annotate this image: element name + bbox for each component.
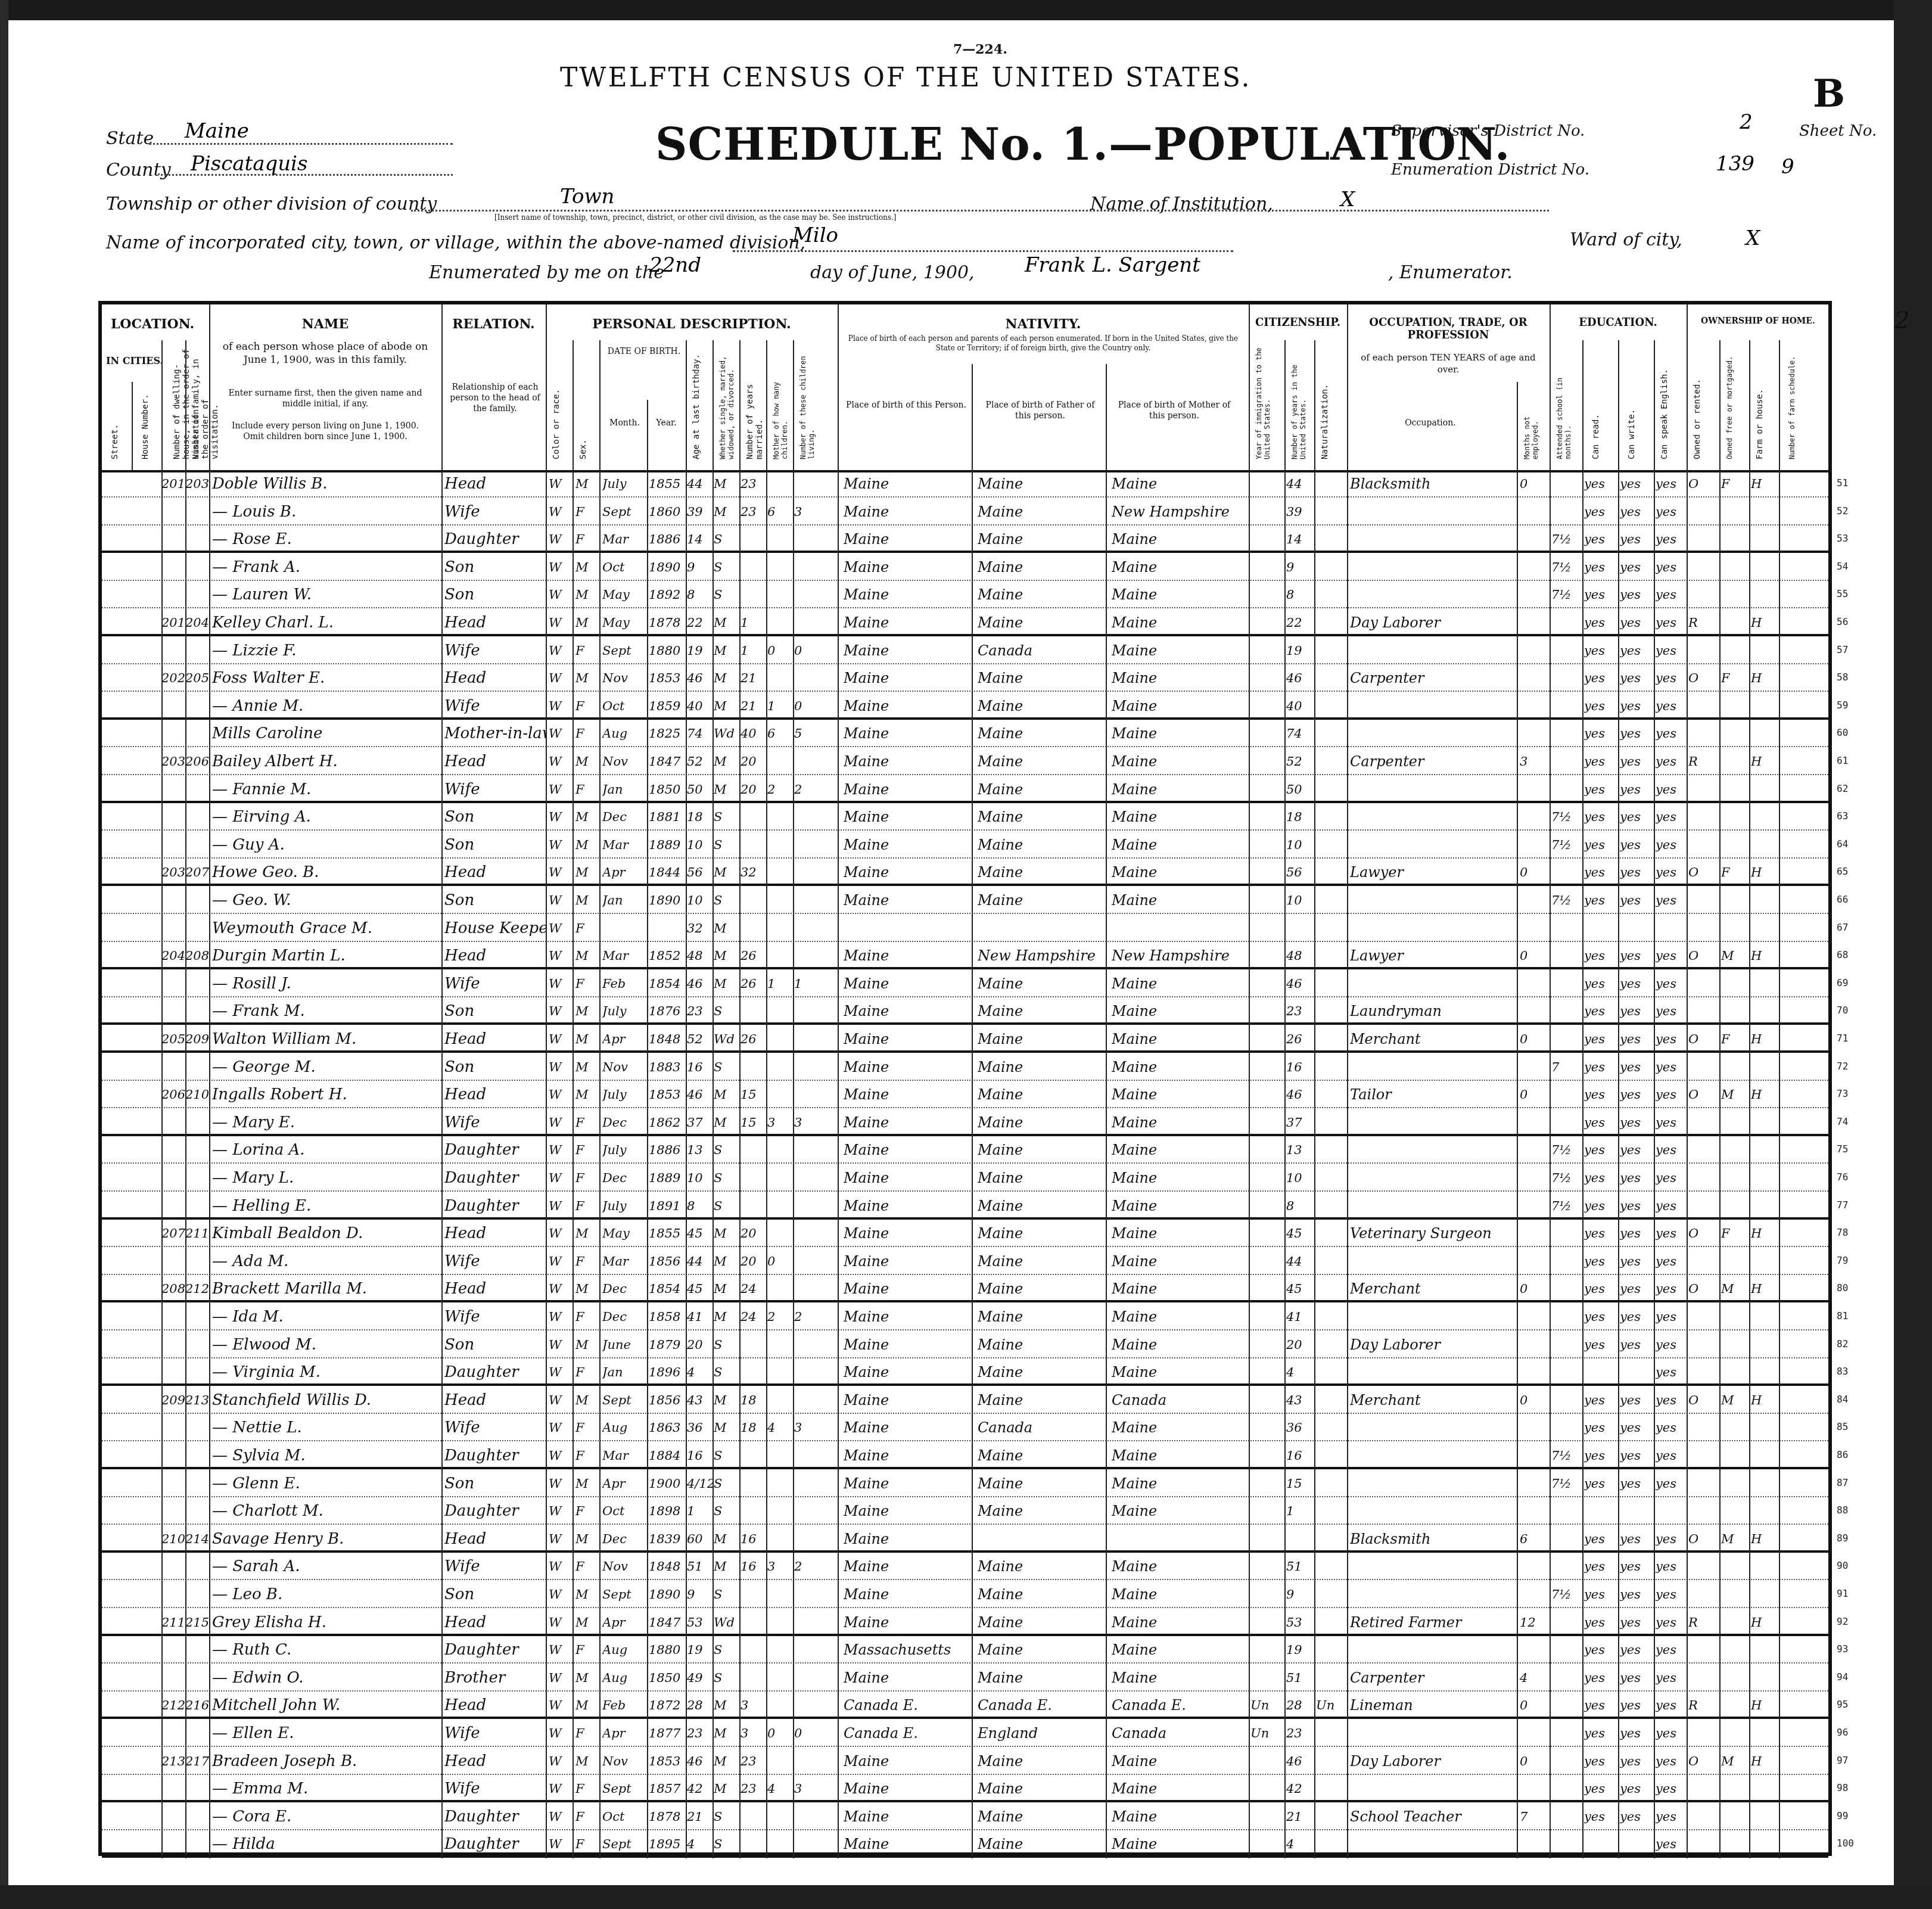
cell-owned: O [1688, 1082, 1718, 1107]
cell-yrs-us: 8 [1286, 1193, 1313, 1218]
cell-pob: Canada E. [844, 1693, 972, 1718]
line-number: 63 [1837, 810, 1848, 822]
county-label: County [106, 160, 171, 181]
cell-owned [1688, 832, 1718, 857]
cell-name: Foss Walter E. [212, 666, 441, 691]
cell-month: July [602, 1137, 647, 1162]
cell-owned: O [1688, 471, 1718, 496]
cell-free: M [1721, 1082, 1748, 1107]
cell-living: 2 [794, 1304, 820, 1329]
cell-naturalization [1316, 499, 1346, 524]
cell-yrs-us: 23 [1286, 999, 1313, 1024]
cell-relation: Son [444, 1471, 546, 1496]
cell-immigration [1250, 1415, 1283, 1440]
cell-month: July [602, 999, 647, 1024]
cell-farm: H [1751, 1221, 1778, 1246]
cell-pob-mother: Maine [1112, 582, 1246, 607]
cell-marital: S [714, 582, 739, 607]
cell-pob-mother: Maine [1112, 749, 1246, 774]
cell-unemployed [1520, 1193, 1548, 1218]
cell-yrs-married: 23 [741, 471, 766, 496]
cell-pob-mother: Maine [1112, 1165, 1246, 1190]
line-number: 81 [1837, 1310, 1848, 1322]
cell-living [794, 1082, 820, 1107]
cell-mother-of [767, 749, 793, 774]
occupation-sub-header: Occupation. [1353, 418, 1508, 428]
cell-english [1656, 1498, 1685, 1524]
cell-sex: M [575, 610, 599, 635]
cell-pob-mother: New Hampshire [1112, 943, 1246, 968]
cell-write: yes [1620, 1637, 1653, 1662]
cell-mother-of [767, 527, 793, 552]
line-number: 99 [1837, 1810, 1848, 1821]
cell-write: yes [1620, 1443, 1653, 1468]
cell-family: 207 [185, 860, 209, 885]
cell-family [185, 1443, 209, 1468]
cell-age: 28 [687, 1693, 713, 1718]
cell-farm [1751, 638, 1778, 663]
months-not-employed-header: Months not employed. [1523, 388, 1539, 459]
cell-yrs-us: 4 [1286, 1832, 1313, 1857]
cell-unemployed [1520, 1055, 1548, 1080]
cell-read: yes [1584, 804, 1617, 829]
cell-farm [1751, 971, 1778, 996]
cell-dwelling [161, 527, 185, 552]
cell-name: Bailey Albert H. [212, 749, 441, 774]
cell-living: 1 [794, 971, 820, 996]
cell-mother-of [767, 1526, 793, 1552]
cell-dwelling: 203 [161, 860, 185, 885]
cell-immigration [1250, 1332, 1283, 1357]
sheet-letter: B [1813, 71, 1845, 116]
cell-unemployed: 0 [1520, 1082, 1548, 1107]
cell-dwelling: 213 [161, 1749, 185, 1774]
cell-naturalization [1316, 1471, 1346, 1496]
cell-mother-of [767, 1332, 793, 1357]
cell-dwelling [161, 1498, 185, 1524]
cell-name: — Guy A. [212, 832, 441, 857]
line-number: 96 [1837, 1727, 1848, 1738]
cell-immigration [1250, 1637, 1283, 1662]
cell-naturalization [1316, 860, 1346, 885]
cell-sex: M [575, 1471, 599, 1496]
cell-sex: M [575, 1332, 599, 1357]
cell-dwelling [161, 582, 185, 607]
cell-school [1551, 1804, 1581, 1829]
cell-school: 7½ [1551, 804, 1581, 829]
cell-school [1551, 1665, 1581, 1690]
cell-farm [1751, 1776, 1778, 1801]
cell-unemployed [1520, 527, 1548, 552]
cell-english: yes [1656, 1027, 1685, 1052]
cell-farm: H [1751, 1027, 1778, 1052]
cell-unemployed: 0 [1520, 1693, 1548, 1718]
scan-border-bottom [0, 1885, 1932, 1909]
cell-yrs-us: 19 [1286, 638, 1313, 663]
cell-owned [1688, 1110, 1718, 1135]
line-number: 56 [1837, 616, 1848, 627]
cell-sex: M [575, 860, 599, 885]
cell-yrs-married [741, 1637, 766, 1662]
in-cities-header: IN CITIES. [102, 355, 167, 366]
table-row: 78207211Kimball Bealdon D.HeadWMMay18554… [102, 1220, 1828, 1247]
cell-mother-of: 0 [767, 1721, 793, 1746]
cell-pob: Maine [844, 1388, 972, 1413]
line-number: 84 [1837, 1394, 1848, 1405]
cell-read: yes [1584, 1693, 1617, 1718]
cell-pob: Maine [844, 1776, 972, 1801]
cell-marital: S [714, 1804, 739, 1829]
cell-occupation [1350, 499, 1517, 524]
cell-write [1620, 916, 1653, 941]
cell-pob-mother: Maine [1112, 1554, 1246, 1579]
cell-farm [1751, 499, 1778, 524]
cell-living [794, 1610, 820, 1635]
cell-read: yes [1584, 1776, 1617, 1801]
cell-age: 49 [687, 1665, 713, 1690]
cell-month: Aug [602, 1415, 647, 1440]
cell-naturalization [1316, 777, 1346, 802]
table-row: 85— Nettie L.WifeWFAug186336M1843MaineCa… [102, 1414, 1828, 1441]
cell-farm [1751, 582, 1778, 607]
cell-school [1551, 1693, 1581, 1718]
cell-owned: O [1688, 666, 1718, 691]
cell-immigration [1250, 971, 1283, 996]
cell-yrs-married [741, 1665, 766, 1690]
cell-english: yes [1656, 1165, 1685, 1190]
cell-color: W [549, 888, 573, 913]
cell-pob-father: Maine [978, 721, 1106, 746]
cell-unemployed [1520, 582, 1548, 607]
cell-naturalization [1316, 1249, 1346, 1274]
cell-farm [1751, 1554, 1778, 1579]
cell-marital: S [714, 888, 739, 913]
cell-dwelling: 206 [161, 1082, 185, 1107]
cell-mother-of [767, 1582, 793, 1607]
cell-month: Sept [602, 638, 647, 663]
cell-write: yes [1620, 1415, 1653, 1440]
cell-occupation: Carpenter [1350, 749, 1517, 774]
cell-yrs-us: 43 [1286, 1388, 1313, 1413]
county-value: Piscataquis [191, 152, 307, 176]
township-label: Township or other division of county [106, 194, 437, 214]
cell-read [1584, 1360, 1617, 1385]
cell-write: yes [1620, 1137, 1653, 1162]
cell-pob-mother: Maine [1112, 638, 1246, 663]
cell-yrs-us: 23 [1286, 1721, 1313, 1746]
cell-relation: Son [444, 1332, 546, 1357]
scan-border-left [0, 0, 8, 1909]
cell-english: yes [1656, 610, 1685, 635]
cell-pob: Maine [844, 999, 972, 1024]
cell-year: 1883 [649, 1055, 686, 1080]
cell-naturalization [1316, 1582, 1346, 1607]
cell-name: — Lauren W. [212, 582, 441, 607]
line-number: 51 [1837, 477, 1848, 489]
cell-write: yes [1620, 804, 1653, 829]
cell-living: 3 [794, 1415, 820, 1440]
table-row: 59— Annie M.WifeWFOct185940M2110MaineMai… [102, 692, 1828, 720]
cell-immigration [1250, 804, 1283, 829]
name-header: NAME [209, 316, 441, 332]
cell-farm [1751, 1443, 1778, 1468]
cell-occupation [1350, 1110, 1517, 1135]
cell-age: 45 [687, 1221, 713, 1246]
cell-naturalization [1316, 971, 1346, 996]
house-number-header: House Number. [141, 394, 150, 459]
cell-year: 1853 [649, 666, 686, 691]
line-number: 79 [1837, 1255, 1848, 1266]
cell-read: yes [1584, 1554, 1617, 1579]
cell-relation: Wife [444, 499, 546, 524]
cell-owned: O [1688, 1526, 1718, 1552]
cell-month: Oct [602, 1804, 647, 1829]
cell-school: 7 [1551, 1055, 1581, 1080]
cell-relation: Head [444, 1221, 546, 1246]
cell-marital: M [714, 860, 739, 885]
cell-sex: M [575, 1082, 599, 1107]
nativity-desc: Place of birth of each person and parent… [847, 334, 1240, 353]
cell-pob-father: Maine [978, 1443, 1106, 1468]
cell-name: — Fannie M. [212, 777, 441, 802]
cell-pob-father: Maine [978, 1110, 1106, 1135]
cell-write: yes [1620, 832, 1653, 857]
cell-sex: F [575, 721, 599, 746]
cell-naturalization [1316, 1443, 1346, 1468]
cell-occupation: Veterinary Surgeon [1350, 1221, 1517, 1246]
cell-immigration [1250, 1582, 1283, 1607]
cell-family: 217 [185, 1749, 209, 1774]
cell-write: yes [1620, 610, 1653, 635]
cell-mother-of: 0 [767, 1249, 793, 1274]
cell-sex: F [575, 1415, 599, 1440]
cell-dwelling [161, 1776, 185, 1801]
cell-write: yes [1620, 1693, 1653, 1718]
cell-pob-father: Maine [978, 1498, 1106, 1524]
cell-sex: M [575, 1582, 599, 1607]
cell-pob-father: Maine [978, 1388, 1106, 1413]
cell-english: yes [1656, 1776, 1685, 1801]
cell-marital: S [714, 1165, 739, 1190]
cell-pob-mother: Canada E. [1112, 1693, 1246, 1718]
cell-school: 7½ [1551, 555, 1581, 580]
naturalization-header: Naturalization. [1320, 346, 1330, 459]
cell-family [185, 638, 209, 663]
cell-year: 1858 [649, 1304, 686, 1329]
cell-month: Sept [602, 499, 647, 524]
cell-year: 1890 [649, 555, 686, 580]
cell-color: W [549, 1304, 573, 1329]
cell-age: 53 [687, 1610, 713, 1635]
cell-yrs-married: 24 [741, 1276, 766, 1301]
cell-month: Mar [602, 527, 647, 552]
cell-owned [1688, 999, 1718, 1024]
cell-color: W [549, 638, 573, 663]
cell-age: 21 [687, 1804, 713, 1829]
cell-month: Jan [602, 888, 647, 913]
cell-family [185, 1665, 209, 1690]
cell-write: yes [1620, 1804, 1653, 1829]
cell-color: W [549, 1693, 573, 1718]
cell-name: Bradeen Joseph B. [212, 1749, 441, 1774]
cell-read: yes [1584, 1193, 1617, 1218]
cell-free [1721, 1165, 1748, 1190]
line-number: 77 [1837, 1199, 1848, 1211]
cell-unemployed [1520, 1776, 1548, 1801]
cell-unemployed [1520, 1471, 1548, 1496]
cell-mother-of: 3 [767, 1554, 793, 1579]
cell-relation: Wife [444, 1776, 546, 1801]
cell-farm [1751, 1165, 1778, 1190]
cell-relation: Wife [444, 1554, 546, 1579]
cell-farm: H [1751, 1610, 1778, 1635]
line-number: 57 [1837, 644, 1848, 655]
table-row: 64— Guy A.SonWMMar188910SMaineMaineMaine… [102, 831, 1828, 859]
cell-owned [1688, 1165, 1718, 1190]
cell-read: yes [1584, 943, 1617, 968]
line-number: 94 [1837, 1671, 1848, 1683]
cell-free: M [1721, 1276, 1748, 1301]
cell-month: Mar [602, 832, 647, 857]
line-number: 71 [1837, 1033, 1848, 1044]
year-header: Year. [647, 418, 686, 428]
cell-relation: Wife [444, 1249, 546, 1274]
line-number: 93 [1837, 1643, 1848, 1655]
cell-sex: M [575, 1388, 599, 1413]
cell-naturalization [1316, 1055, 1346, 1080]
cell-naturalization [1316, 1360, 1346, 1385]
cell-unemployed [1520, 638, 1548, 663]
cell-naturalization [1316, 471, 1346, 496]
cell-pob-father: Maine [978, 777, 1106, 802]
cell-dwelling: 205 [161, 1027, 185, 1052]
table-row: 71205209Walton William M.HeadWMApr184852… [102, 1025, 1828, 1053]
cell-marital: S [714, 555, 739, 580]
cell-sex: M [575, 1693, 599, 1718]
cell-pob: Maine [844, 471, 972, 496]
cell-year: 1884 [649, 1443, 686, 1468]
cell-english: yes [1656, 1304, 1685, 1329]
cell-owned [1688, 1193, 1718, 1218]
cell-pob-mother: Maine [1112, 1193, 1246, 1218]
cell-read: yes [1584, 1027, 1617, 1052]
cell-year: 1854 [649, 971, 686, 996]
enumeration-value: 139 [1716, 152, 1754, 176]
cell-school [1551, 1082, 1581, 1107]
cell-read: yes [1584, 1415, 1617, 1440]
cell-pob-mother: Maine [1112, 1415, 1246, 1440]
cell-color: W [549, 1554, 573, 1579]
cell-yrs-married [741, 1165, 766, 1190]
cell-age: 13 [687, 1137, 713, 1162]
cell-farm [1751, 1665, 1778, 1690]
cell-free [1721, 1304, 1748, 1329]
cell-pob-mother: Maine [1112, 1249, 1246, 1274]
cell-mother-of: 1 [767, 971, 793, 996]
location-header: LOCATION. [102, 316, 203, 332]
cell-marital: Wd [714, 721, 739, 746]
cell-immigration [1250, 1526, 1283, 1552]
cell-marital: M [714, 749, 739, 774]
cell-school [1551, 666, 1581, 691]
cell-year: 1825 [649, 721, 686, 746]
cell-relation: Wife [444, 1110, 546, 1135]
cell-color: W [549, 721, 573, 746]
cell-yrs-us: 20 [1286, 1332, 1313, 1357]
cell-free [1721, 499, 1748, 524]
cell-english: yes [1656, 721, 1685, 746]
cell-relation: House Keeper [444, 916, 546, 941]
cell-immigration [1250, 1388, 1283, 1413]
pob-person-header: Place of birth of this Person. [844, 400, 969, 411]
cell-naturalization [1316, 1027, 1346, 1052]
cell-color: W [549, 1749, 573, 1774]
cell-free [1721, 1693, 1748, 1718]
cell-immigration [1250, 1498, 1283, 1524]
cell-occupation: Merchant [1350, 1276, 1517, 1301]
cell-immigration [1250, 832, 1283, 857]
cell-owned [1688, 1443, 1718, 1468]
table-row: 77— Helling E.DaughterWFJuly18918SMaineM… [102, 1192, 1828, 1220]
cell-occupation [1350, 1498, 1517, 1524]
cell-yrs-married [741, 1498, 766, 1524]
table-row: 62— Fannie M.WifeWFJan185050M2022MaineMa… [102, 776, 1828, 803]
cell-pob-mother: Maine [1112, 804, 1246, 829]
cell-free [1721, 1055, 1748, 1080]
enumerator-name: Frank L. Sargent [1025, 253, 1200, 277]
cell-farm [1751, 1304, 1778, 1329]
cell-yrs-married: 20 [741, 777, 766, 802]
cell-dwelling [161, 499, 185, 524]
cell-write: yes [1620, 499, 1653, 524]
cell-mother-of [767, 1165, 793, 1190]
cell-free [1721, 804, 1748, 829]
cell-marital: S [714, 832, 739, 857]
cell-mother-of: 1 [767, 694, 793, 719]
cell-immigration [1250, 610, 1283, 635]
cell-free [1721, 1249, 1748, 1274]
cell-occupation [1350, 1554, 1517, 1579]
cell-write: yes [1620, 527, 1653, 552]
cell-school [1551, 971, 1581, 996]
cell-immigration [1250, 1832, 1283, 1857]
cell-owned: R [1688, 1610, 1718, 1635]
cell-pob-father: New Hampshire [978, 943, 1106, 968]
cell-living: 0 [794, 694, 820, 719]
farm-schedule-header: Number of farm schedule. [1788, 346, 1796, 459]
sex-header: Sex. [578, 370, 588, 459]
cell-living [794, 1249, 820, 1274]
cell-sex: F [575, 1304, 599, 1329]
cell-farm: H [1751, 1526, 1778, 1552]
cell-immigration [1250, 1776, 1283, 1801]
cell-month: Jan [602, 1360, 647, 1385]
cell-free: F [1721, 1221, 1748, 1246]
cell-naturalization [1316, 1804, 1346, 1829]
cell-month: Aug [602, 1665, 647, 1690]
cell-dwelling: 212 [161, 1693, 185, 1718]
cell-unemployed: 0 [1520, 1276, 1548, 1301]
cell-dwelling [161, 1582, 185, 1607]
cell-mother-of [767, 1388, 793, 1413]
cell-english: yes [1656, 804, 1685, 829]
cell-pob-father: Maine [978, 1832, 1106, 1857]
cell-pob: Maine [844, 694, 972, 719]
table-row: 73206210Ingalls Robert H.HeadWMJuly18534… [102, 1081, 1828, 1108]
cell-yrs-married: 18 [741, 1415, 766, 1440]
census-title: TWELFTH CENSUS OF THE UNITED STATES. [560, 63, 1251, 93]
cell-month: Dec [602, 1526, 647, 1552]
